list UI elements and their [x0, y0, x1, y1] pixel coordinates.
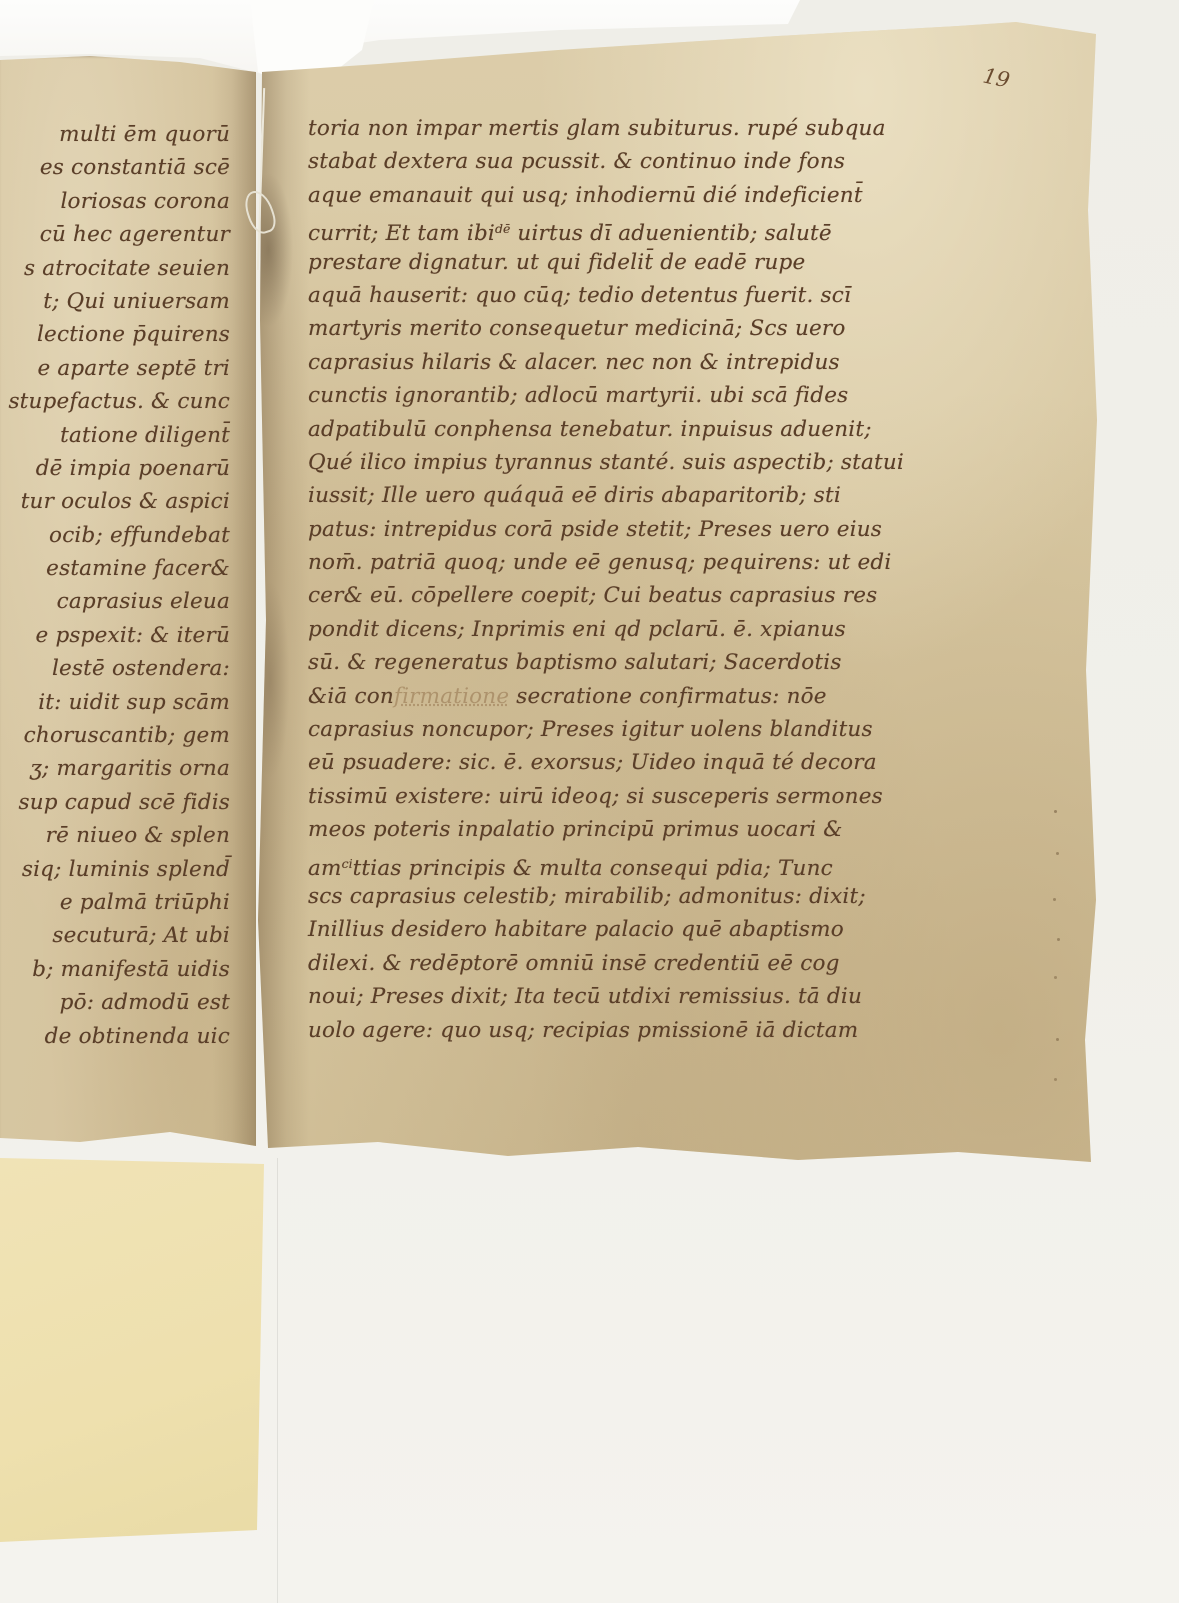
text-line: prestare dignatur. ut qui fidelit̄ de ea… — [308, 246, 986, 279]
text-line: caprasius hilaris & alacer. nec non & in… — [308, 346, 986, 379]
text-line: sū. & regeneratus baptismo salutari; Sac… — [308, 646, 986, 679]
text-segment: secratione confirmatus: nōe — [509, 684, 826, 709]
text-line: loriosas corona — [0, 185, 230, 218]
text-segment: e aparte septē tri — [37, 356, 230, 381]
text-segment: es constantiā scē — [40, 155, 230, 180]
text-segment: pō: admodū est — [60, 990, 230, 1015]
text-line: currit; Et tam ibidē uirtus dī aduenient… — [308, 212, 986, 245]
text-segment: ttias principis & multa consequi pdia; T… — [353, 855, 833, 880]
text-segment: martyris merito consequetur medicinā; Sc… — [308, 316, 846, 341]
text-line: stupefactus. & cunc — [0, 385, 230, 418]
text-line: s atrocitate seuien — [0, 252, 230, 285]
text-segment: tatione diligent̄ — [60, 423, 230, 448]
text-segment: cū hec agerentur — [40, 222, 230, 247]
text-segment: uolo agere: quo usq; recipias pmissionē … — [308, 1018, 858, 1043]
text-segment-faded: firmatione — [394, 684, 509, 709]
text-segment: de obtinenda uic — [45, 1024, 230, 1049]
text-segment: adpatibulū conphensa tenebatur. inpuisus… — [308, 417, 872, 442]
text-line: es constantiā scē — [0, 151, 230, 184]
text-line: b; manifestā uidis — [0, 953, 230, 986]
text-segment: Inillius desidero habitare palacio quē a… — [308, 917, 844, 942]
text-line: noui; Preses dixit; Ita tecū utdixi remi… — [308, 980, 986, 1013]
left-page: multi ēm quorūes constantiā scēloriosas … — [0, 54, 256, 1146]
insert-sheet — [0, 1150, 266, 1544]
text-line: aquā hauserit: quo cūq; tedio detentus f… — [308, 279, 986, 312]
text-segment: choruscantib; gem — [24, 723, 230, 748]
text-line: lestē ostendera: — [0, 652, 230, 685]
text-segment: caprasius noncupor; Preses igitur uolens… — [308, 717, 873, 742]
text-segment-sup: ci — [342, 856, 353, 871]
text-segment: t; Qui uniuersam — [43, 289, 230, 314]
background-seam — [277, 1158, 278, 1603]
text-line: uolo agere: quo usq; recipias pmissionē … — [308, 1014, 986, 1047]
text-segment: aque emanauit qui usq; inhodiernū dié in… — [308, 183, 863, 208]
text-line: it: uidit sup scām — [0, 686, 230, 719]
text-line: toria non impar mertis glam subiturus. r… — [308, 112, 986, 145]
text-line: dilexi. & redēptorē omniū insē credentiū… — [308, 947, 986, 980]
text-line: aque emanauit qui usq; inhodiernū dié in… — [308, 179, 986, 212]
text-segment: iussit; Ille uero quáquā eē diris abapar… — [308, 483, 841, 508]
text-segment: am — [308, 855, 342, 880]
text-line: meos poteris inpalatio principū primus u… — [308, 813, 986, 846]
text-line: multi ēm quorū — [0, 118, 230, 151]
text-line: secuturā; At ubi — [0, 919, 230, 952]
text-line: tatione diligent̄ — [0, 419, 230, 452]
text-line: rē niueo & splen — [0, 819, 230, 852]
gutter-stain-lower — [250, 580, 290, 780]
text-segment: Qué ilico impius tyrannus stanté. suis a… — [308, 450, 904, 475]
text-segment: noui; Preses dixit; Ita tecū utdixi remi… — [308, 984, 862, 1009]
text-line: de obtinenda uic — [0, 1020, 230, 1053]
text-segment: multi ēm quorū — [59, 122, 230, 147]
text-segment: prestare dignatur. ut qui fidelit̄ de ea… — [308, 250, 805, 275]
text-segment: dilexi. & redēptorē omniū insē credentiū… — [308, 951, 840, 976]
text-segment: ocib; effundebat — [49, 523, 230, 548]
text-segment: b; manifestā uidis — [32, 957, 230, 982]
text-line: adpatibulū conphensa tenebatur. inpuisus… — [308, 413, 986, 446]
folio-number: 19 — [981, 63, 1012, 92]
text-line: siq; luminis splend̄ — [0, 853, 230, 886]
text-line: e pspexit: & iterū — [0, 619, 230, 652]
text-line: t; Qui uniuersam — [0, 285, 230, 318]
text-line: amcittias principis & multa consequi pdi… — [308, 847, 986, 880]
text-segment: stupefactus. & cunc — [8, 389, 230, 414]
text-line: pondit dicens; Inprimis eni qd pclarū. ē… — [308, 613, 986, 646]
left-page-text-column: multi ēm quorūes constantiā scēloriosas … — [0, 118, 230, 1053]
text-segment: e palmā triūphi — [60, 890, 230, 915]
text-segment: it: uidit sup scām — [38, 690, 230, 715]
text-line: cunctis ignorantib; adlocū martyrii. ubi… — [308, 379, 986, 412]
text-line: pō: admodū est — [0, 986, 230, 1019]
text-segment: sū. & regeneratus baptismo salutari; Sac… — [308, 650, 842, 675]
text-line: e aparte septē tri — [0, 352, 230, 385]
text-segment: cunctis ignorantib; adlocū martyrii. ubi… — [308, 383, 848, 408]
text-segment: lectione p̄quirens — [37, 322, 230, 347]
text-segment: cer& eū. cōpellere coepit; Cui beatus ca… — [308, 583, 877, 608]
text-segment: currit; Et tam ibi — [308, 221, 495, 246]
text-line: martyris merito consequetur medicinā; Sc… — [308, 312, 986, 345]
text-segment: rē niueo & splen — [46, 823, 230, 848]
text-line: tur oculos & aspici — [0, 485, 230, 518]
text-segment: sup capud scē fidis — [19, 790, 230, 815]
text-segment: meos poteris inpalatio principū primus u… — [308, 817, 843, 842]
text-line: tissimū existere: uirū ideoq; si suscepe… — [308, 780, 986, 813]
text-line: choruscantib; gem — [0, 719, 230, 752]
text-line: estamine facer& — [0, 552, 230, 585]
text-line: nom̄. patriā quoq; unde eē genusq; pequi… — [308, 546, 986, 579]
text-line: iussit; Ille uero quáquā eē diris abapar… — [308, 479, 986, 512]
text-line: ʒ; margaritis orna — [0, 752, 230, 785]
text-line: patus: intrepidus corā pside stetit; Pre… — [308, 513, 986, 546]
right-page-text-block: toria non impar mertis glam subiturus. r… — [308, 112, 986, 1047]
text-segment: s atrocitate seuien — [24, 256, 230, 281]
text-segment: dē impia poenarū — [36, 456, 230, 481]
text-segment: uirtus dī aduenientib; salutē — [510, 221, 831, 246]
text-segment-sup: dē — [495, 221, 510, 236]
text-line: cer& eū. cōpellere coepit; Cui beatus ca… — [308, 579, 986, 612]
text-line: dē impia poenarū — [0, 452, 230, 485]
text-line: lectione p̄quirens — [0, 318, 230, 351]
text-line: e palmā triūphi — [0, 886, 230, 919]
right-gutter-shadow — [258, 20, 310, 1168]
text-segment: stabat dextera sua pcussit. & continuo i… — [308, 149, 845, 174]
text-segment: pondit dicens; Inprimis eni qd pclarū. ē… — [308, 617, 846, 642]
text-line: caprasius noncupor; Preses igitur uolens… — [308, 713, 986, 746]
text-line: sup capud scē fidis — [0, 786, 230, 819]
text-segment: caprasius eleua — [57, 589, 230, 614]
text-line: cū hec agerentur — [0, 218, 230, 251]
text-line: caprasius eleua — [0, 585, 230, 618]
text-segment: tissimū existere: uirū ideoq; si suscepe… — [308, 784, 883, 809]
text-segment: toria non impar mertis glam subiturus. r… — [308, 116, 886, 141]
text-segment: nom̄. patriā quoq; unde eē genusq; pequi… — [308, 550, 891, 575]
text-segment: &iā con — [308, 684, 394, 709]
text-segment: caprasius hilaris & alacer. nec non & in… — [308, 350, 840, 375]
text-segment: siq; luminis splend̄ — [22, 857, 230, 882]
text-line: scs caprasius celestib; mirabilib; admon… — [308, 880, 986, 913]
text-segment: lestē ostendera: — [52, 656, 230, 681]
text-segment: e pspexit: & iterū — [36, 623, 231, 648]
text-line: Qué ilico impius tyrannus stanté. suis a… — [308, 446, 986, 479]
manuscript-photo: multi ēm quorūes constantiā scēloriosas … — [0, 0, 1179, 1603]
text-line: ocib; effundebat — [0, 519, 230, 552]
text-segment: estamine facer& — [46, 556, 230, 581]
text-line: eū psuadere: sic. ē. exorsus; Uideo inqu… — [308, 746, 986, 779]
text-line: &iā confirmatione secratione confirmatus… — [308, 680, 986, 713]
text-segment: tur oculos & aspici — [21, 489, 230, 514]
text-line: Inillius desidero habitare palacio quē a… — [308, 913, 986, 946]
text-segment: loriosas corona — [60, 189, 230, 214]
text-segment: scs caprasius celestib; mirabilib; admon… — [308, 884, 866, 909]
text-segment: secuturā; At ubi — [52, 923, 230, 948]
text-segment: aquā hauserit: quo cūq; tedio detentus f… — [308, 283, 851, 308]
text-line: stabat dextera sua pcussit. & continuo i… — [308, 145, 986, 178]
text-segment: eū psuadere: sic. ē. exorsus; Uideo inqu… — [308, 750, 877, 775]
right-page: 19 toria non impar mertis glam subiturus… — [258, 20, 1100, 1168]
text-segment: patus: intrepidus corā pside stetit; Pre… — [308, 517, 882, 542]
pinprick-holes — [1054, 810, 1057, 813]
text-segment: ʒ; margaritis orna — [30, 756, 230, 781]
